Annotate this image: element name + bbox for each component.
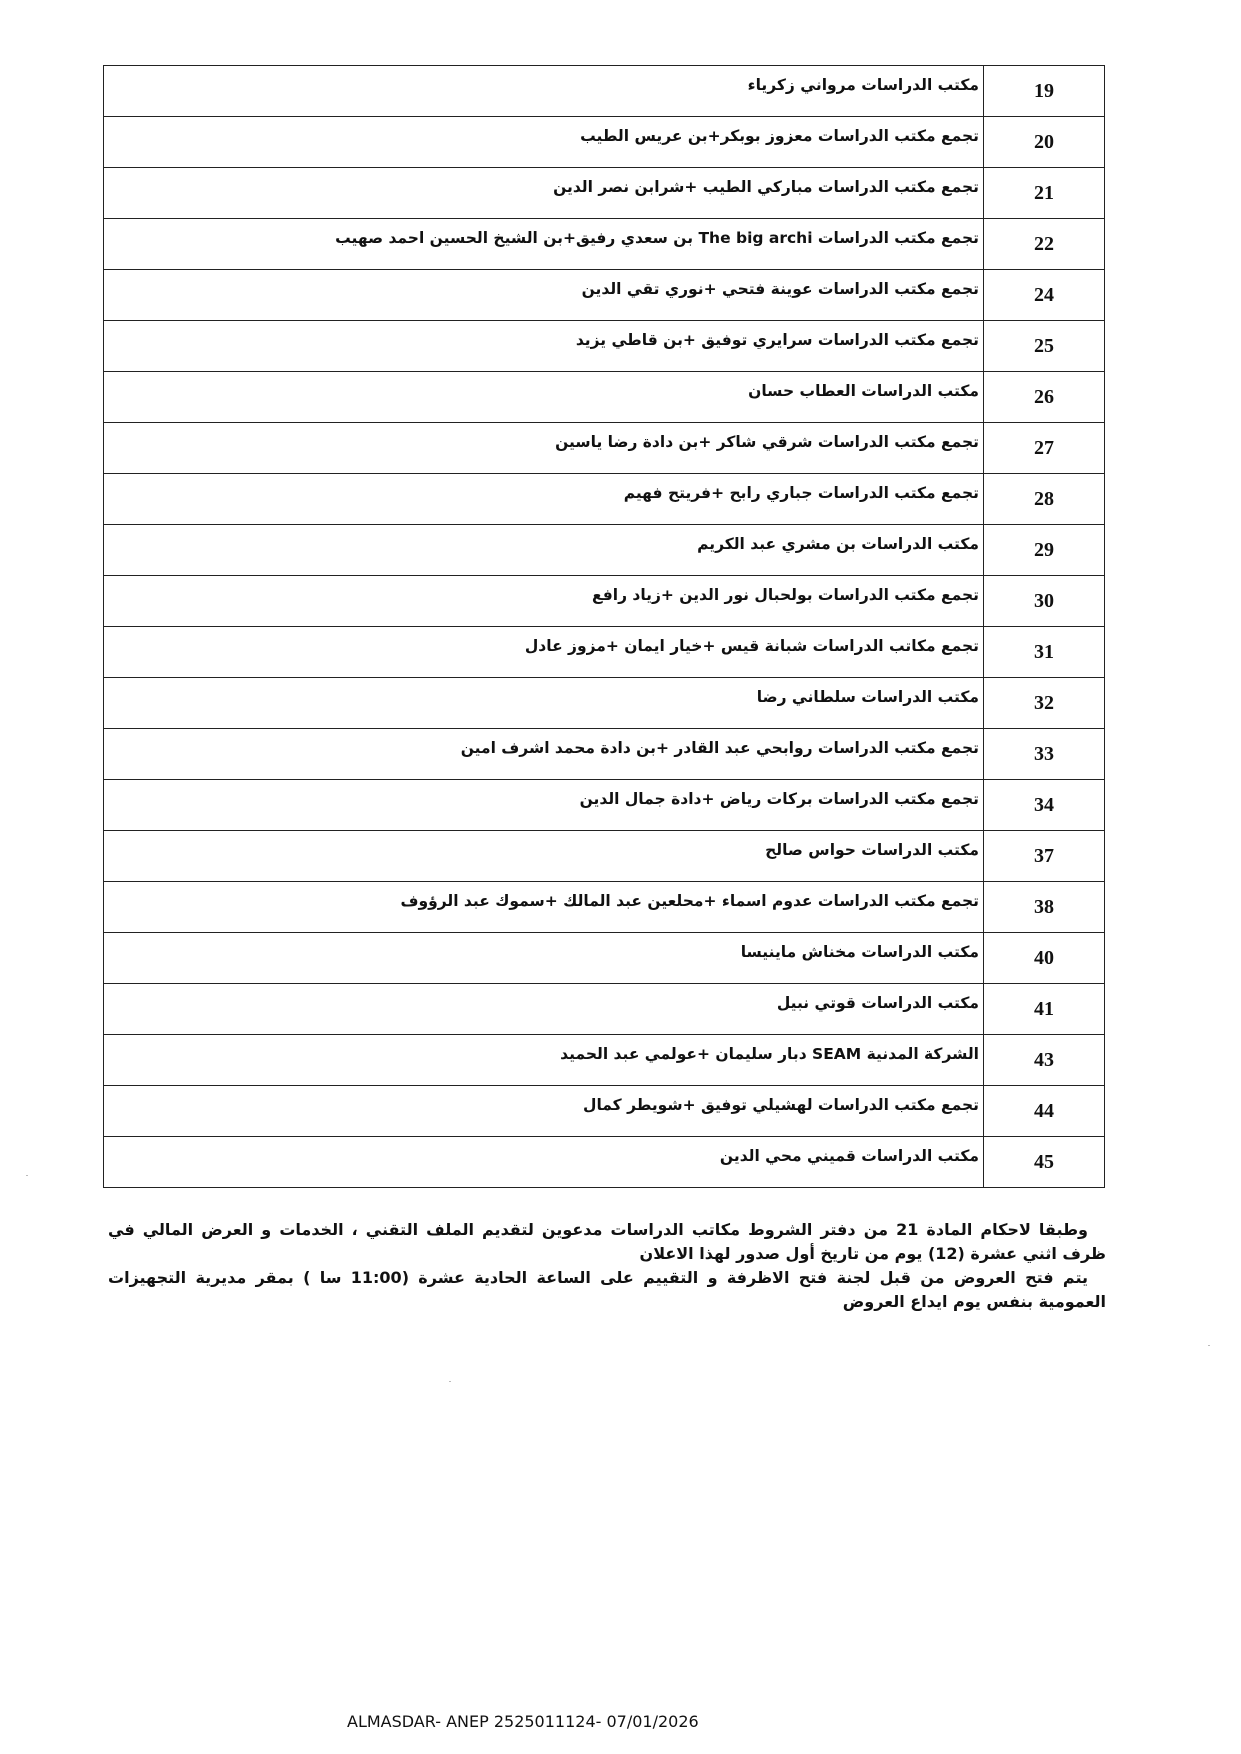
publication-reference: ALMASDAR- ANEP 2525011124- 07/01/2026 xyxy=(347,1712,699,1731)
bureau-name: مكتب الدراسات حواس صالح xyxy=(104,831,984,882)
bureau-name: تجمع مكتب الدراسات The big archi بن سعدي… xyxy=(104,219,984,270)
table-row: 20 تجمع مكتب الدراسات معزوز بوبكر+بن عري… xyxy=(104,117,1105,168)
row-number: 19 xyxy=(984,66,1105,117)
bureau-name: تجمع مكتب الدراسات بركات رياض +دادة جمال… xyxy=(104,780,984,831)
row-number: 29 xyxy=(984,525,1105,576)
row-number: 41 xyxy=(984,984,1105,1035)
bureau-name: مكتب الدراسات مخناش ماينيسا xyxy=(104,933,984,984)
table-row: 19 مكتب الدراسات مرواني زكرياء xyxy=(104,66,1105,117)
bureau-name: تجمع مكاتب الدراسات شبانة قيس +خيار ايما… xyxy=(104,627,984,678)
scan-speck xyxy=(449,1381,451,1382)
table-row: 26 مكتب الدراسات العطاب حسان xyxy=(104,372,1105,423)
table-row: 32 مكتب الدراسات سلطاني رضا xyxy=(104,678,1105,729)
terms-paragraph: وطبقا لاحكام المادة 21 من دفتر الشروط مك… xyxy=(108,1218,1106,1314)
table-row: 31 تجمع مكاتب الدراسات شبانة قيس +خيار ا… xyxy=(104,627,1105,678)
scan-speck xyxy=(26,1175,28,1176)
bureau-name: تجمع مكتب الدراسات مباركي الطيب +شرابن ن… xyxy=(104,168,984,219)
bureau-name: تجمع مكتب الدراسات معزوز بوبكر+بن عريس ا… xyxy=(104,117,984,168)
table-row: 25 تجمع مكتب الدراسات سرايري توفيق +بن ق… xyxy=(104,321,1105,372)
bureau-name: مكتب الدراسات بن مشري عبد الكريم xyxy=(104,525,984,576)
table-row: 27 تجمع مكتب الدراسات شرقي شاكر +بن دادة… xyxy=(104,423,1105,474)
bureau-name: مكتب الدراسات العطاب حسان xyxy=(104,372,984,423)
row-number: 27 xyxy=(984,423,1105,474)
row-number: 37 xyxy=(984,831,1105,882)
row-number: 32 xyxy=(984,678,1105,729)
document-page: 19 مكتب الدراسات مرواني زكرياء 20 تجمع م… xyxy=(0,0,1241,1754)
row-number: 20 xyxy=(984,117,1105,168)
row-number: 25 xyxy=(984,321,1105,372)
table-row: 21 تجمع مكتب الدراسات مباركي الطيب +شراب… xyxy=(104,168,1105,219)
table-row: 37 مكتب الدراسات حواس صالح xyxy=(104,831,1105,882)
table-row: 45 مكتب الدراسات قميني محي الدين xyxy=(104,1137,1105,1188)
table-row: 43 الشركة المدنية SEAM دبار سليمان +عولم… xyxy=(104,1035,1105,1086)
row-number: 43 xyxy=(984,1035,1105,1086)
bureau-name: مكتب الدراسات قوتي نبيل xyxy=(104,984,984,1035)
row-number: 31 xyxy=(984,627,1105,678)
table-row: 24 تجمع مكتب الدراسات عوينة فتحي +نوري ت… xyxy=(104,270,1105,321)
scan-speck xyxy=(1208,1345,1210,1346)
row-number: 30 xyxy=(984,576,1105,627)
table-row: 29 مكتب الدراسات بن مشري عبد الكريم xyxy=(104,525,1105,576)
table-row: 22 تجمع مكتب الدراسات The big archi بن س… xyxy=(104,219,1105,270)
table-row: 28 تجمع مكتب الدراسات جباري رابح +فريتح … xyxy=(104,474,1105,525)
bureau-name: تجمع مكتب الدراسات سرايري توفيق +بن قاطي… xyxy=(104,321,984,372)
table-row: 30 تجمع مكتب الدراسات بولحبال نور الدين … xyxy=(104,576,1105,627)
row-number: 44 xyxy=(984,1086,1105,1137)
table-row: 33 تجمع مكتب الدراسات روابحي عبد القادر … xyxy=(104,729,1105,780)
bureau-name: تجمع مكتب الدراسات عوينة فتحي +نوري تقي … xyxy=(104,270,984,321)
row-number: 24 xyxy=(984,270,1105,321)
bureau-name: تجمع مكتب الدراسات بولحبال نور الدين +زي… xyxy=(104,576,984,627)
bureau-name: تجمع مكتب الدراسات شرقي شاكر +بن دادة رض… xyxy=(104,423,984,474)
bureau-name: مكتب الدراسات قميني محي الدين xyxy=(104,1137,984,1188)
row-number: 33 xyxy=(984,729,1105,780)
row-number: 34 xyxy=(984,780,1105,831)
submission-terms-text: وطبقا لاحكام المادة 21 من دفتر الشروط مك… xyxy=(108,1218,1106,1266)
bureau-name: تجمع مكتب الدراسات جباري رابح +فريتح فهي… xyxy=(104,474,984,525)
row-number: 45 xyxy=(984,1137,1105,1188)
opening-terms-text: يتم فتح العروض من قبل لجنة فتح الاظرفة و… xyxy=(108,1266,1106,1314)
table-row: 41 مكتب الدراسات قوتي نبيل xyxy=(104,984,1105,1035)
table-row: 34 تجمع مكتب الدراسات بركات رياض +دادة ج… xyxy=(104,780,1105,831)
bureaus-table: 19 مكتب الدراسات مرواني زكرياء 20 تجمع م… xyxy=(103,65,1105,1188)
table-row: 40 مكتب الدراسات مخناش ماينيسا xyxy=(104,933,1105,984)
row-number: 28 xyxy=(984,474,1105,525)
row-number: 21 xyxy=(984,168,1105,219)
bureau-name: مكتب الدراسات مرواني زكرياء xyxy=(104,66,984,117)
row-number: 40 xyxy=(984,933,1105,984)
table-row: 38 تجمع مكتب الدراسات عدوم اسماء +محلعين… xyxy=(104,882,1105,933)
bureau-name: مكتب الدراسات سلطاني رضا xyxy=(104,678,984,729)
row-number: 26 xyxy=(984,372,1105,423)
table-row: 44 تجمع مكتب الدراسات لهشيلي توفيق +شويط… xyxy=(104,1086,1105,1137)
row-number: 22 xyxy=(984,219,1105,270)
bureau-name: تجمع مكتب الدراسات روابحي عبد القادر +بن… xyxy=(104,729,984,780)
bureau-name: الشركة المدنية SEAM دبار سليمان +عولمي ع… xyxy=(104,1035,984,1086)
row-number: 38 xyxy=(984,882,1105,933)
bureau-name: تجمع مكتب الدراسات لهشيلي توفيق +شويطر ك… xyxy=(104,1086,984,1137)
bureau-name: تجمع مكتب الدراسات عدوم اسماء +محلعين عب… xyxy=(104,882,984,933)
